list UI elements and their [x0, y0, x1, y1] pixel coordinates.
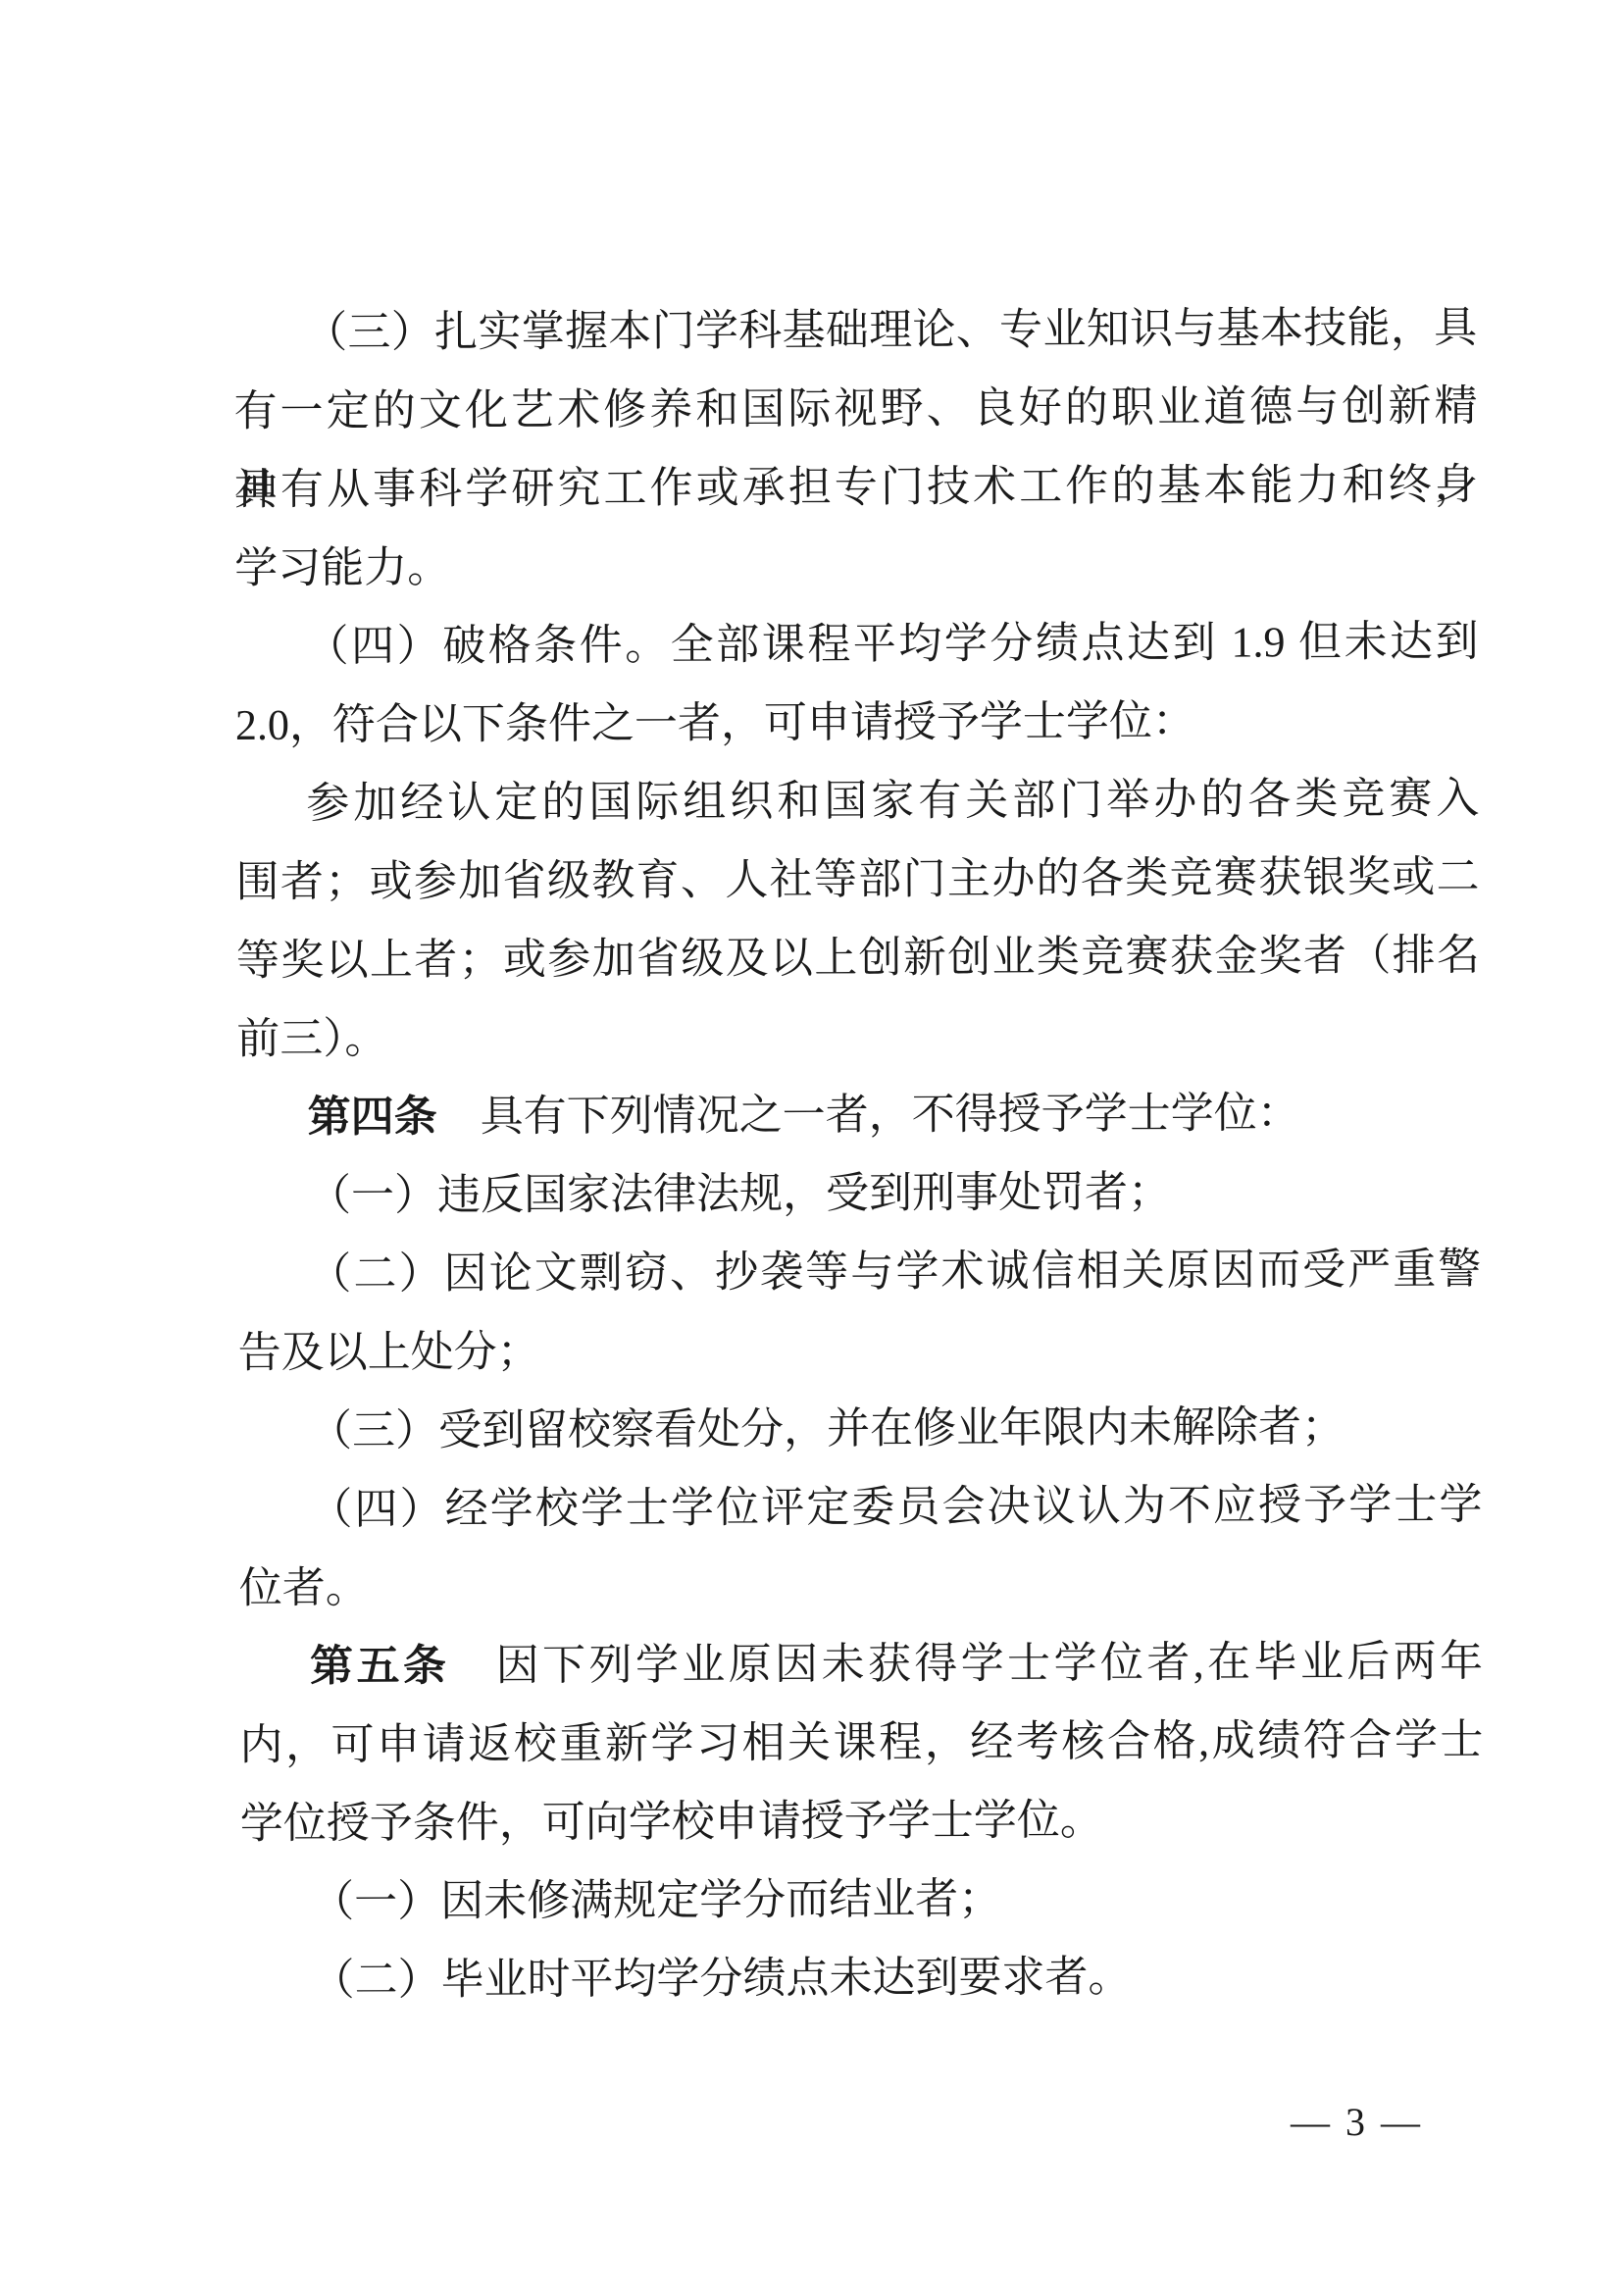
text-line: 具有从事科学研究工作或承担专门技术工作的基本能力和终身 [234, 445, 1478, 530]
text-run: （二）因论文剽窃、抄袭等与学术诚信相关原因而受严重警 [308, 1245, 1481, 1298]
text-line: （四）破格条件。全部课程平均学分绩点达到 1.9 但未达到 [234, 602, 1478, 687]
text-line: 参加经认定的国际组织和国家有关部门举办的各类竞赛入 [235, 759, 1479, 843]
text-run: 前三）。 [236, 1014, 387, 1063]
text-run: 位者。 [239, 1563, 369, 1612]
text-line: 2.0，符合以下条件之一者，可申请授予学士学位： [235, 681, 1479, 765]
paragraph: （二）因论文剽窃、抄袭等与学术诚信相关原因而受严重警告及以上处分； [237, 1230, 1482, 1393]
paragraph: （四）经学校学士学位评定委员会决议认为不应授予学士学位者。 [238, 1465, 1483, 1628]
paragraph: 第五条 因下列学业原因未获得学士学位者,在毕业后两年内，可申请返校重新学习相关课… [239, 1622, 1484, 1863]
text-run: 具有从事科学研究工作或承担专门技术工作的基本能力和终身 [234, 460, 1478, 514]
paragraph: （一）违反国家法律法规，受到刑事处罚者； [237, 1151, 1481, 1236]
text-run: 因下列学业原因未获得学士学位者,在毕业后两年 [449, 1637, 1483, 1690]
text-line: （三）受到留校察看处分，并在修业年限内未解除者； [238, 1387, 1482, 1471]
text-run: （三）扎实掌握本门学科基础理论、专业知识与基本技能，具 [304, 303, 1477, 356]
document-page: （三）扎实掌握本门学科基础理论、专业知识与基本技能，具有一定的文化艺术修养和国际… [0, 0, 1624, 2293]
text-run: 学习能力。 [234, 543, 450, 592]
text-run: （一）违反国家法律法规，受到刑事处罚者； [308, 1168, 1171, 1220]
document-body: （三）扎实掌握本门学科基础理论、专业知识与基本技能，具有一定的文化艺术修养和国际… [233, 288, 1485, 2020]
text-run: （四）破格条件。全部课程平均学分绩点达到 1.9 但未达到 [305, 617, 1478, 670]
text-line: 第五条 因下列学业原因未获得学士学位者,在毕业后两年 [239, 1622, 1483, 1707]
paragraph: （四）破格条件。全部课程平均学分绩点达到 1.9 但未达到2.0，符合以下条件之… [234, 602, 1479, 765]
text-line: （四）经学校学士学位评定委员会决议认为不应授予学士学 [238, 1465, 1482, 1550]
text-line: 前三）。 [236, 994, 1480, 1079]
text-run: （四）经学校学士学位评定委员会决议认为不应授予学士学 [309, 1480, 1482, 1533]
text-line: （一）因未修满规定学分而结业者； [240, 1858, 1484, 1942]
text-run: 参加经认定的国际组织和国家有关部门举办的各类竞赛入 [306, 774, 1479, 827]
text-run: 2.0，符合以下条件之一者，可申请授予学士学位： [235, 697, 1195, 749]
paragraph: （三）受到留校察看处分，并在修业年限内未解除者； [238, 1387, 1482, 1471]
text-line: 位者。 [239, 1544, 1483, 1628]
text-line: 有一定的文化艺术修养和国际视野、良好的职业道德与创新精神， [233, 367, 1477, 451]
text-line: （一）违反国家法律法规，受到刑事处罚者； [237, 1151, 1481, 1236]
paragraph: （一）因未修满规定学分而结业者； [240, 1858, 1484, 1942]
text-line: 等奖以上者；或参加省级及以上创新创业类竞赛获金奖者（排名 [236, 916, 1480, 1000]
text-run: 围者；或参加省级教育、人社等部门主办的各类竞赛获银奖或二 [236, 852, 1480, 906]
text-line: （二）因论文剽窃、抄袭等与学术诚信相关原因而受严重警 [237, 1230, 1481, 1314]
paragraph: 参加经认定的国际组织和国家有关部门举办的各类竞赛入围者；或参加省级教育、人社等部… [235, 759, 1480, 1079]
text-line: （二）毕业时平均学分绩点未达到要求者。 [240, 1936, 1484, 2020]
text-line: 学位授予条件，可向学校申请授予学士学位。 [240, 1779, 1484, 1863]
text-line: 第四条 具有下列情况之一者，不得授予学士学位： [236, 1073, 1480, 1157]
text-run: （一）因未修满规定学分而结业者； [311, 1875, 1001, 1926]
text-line: 学习能力。 [234, 524, 1478, 608]
page-number: — 3 — [1291, 2099, 1423, 2145]
text-run: 具有下列情况之一者，不得授予学士学位： [437, 1089, 1300, 1141]
paragraph: （二）毕业时平均学分绩点未达到要求者。 [240, 1936, 1484, 2020]
article-number-label: 第四条 [308, 1093, 437, 1142]
text-run: （三）受到留校察看处分，并在修业年限内未解除者； [309, 1402, 1345, 1455]
article-number-label: 第五条 [310, 1642, 449, 1691]
text-run: 等奖以上者；或参加省级及以上创新创业类竞赛获金奖者（排名 [236, 931, 1480, 985]
text-run: 学位授予条件，可向学校申请授予学士学位。 [240, 1796, 1103, 1848]
text-line: 内，可申请返校重新学习相关课程，经考核合格,成绩符合学士 [239, 1701, 1483, 1785]
paragraph: （三）扎实掌握本门学科基础理论、专业知识与基本技能，具有一定的文化艺术修养和国际… [233, 288, 1478, 608]
text-line: （三）扎实掌握本门学科基础理论、专业知识与基本技能，具 [233, 288, 1477, 373]
text-run: 告及以上处分； [238, 1328, 540, 1377]
text-line: 告及以上处分； [238, 1308, 1482, 1393]
text-line: 围者；或参加省级教育、人社等部门主办的各类竞赛获银奖或二 [235, 838, 1479, 922]
text-run: （二）毕业时平均学分绩点未达到要求者。 [311, 1953, 1131, 2005]
text-run: 内，可申请返校重新学习相关课程，经考核合格,成绩符合学士 [239, 1715, 1483, 1769]
paragraph: 第四条 具有下列情况之一者，不得授予学士学位： [236, 1073, 1480, 1157]
